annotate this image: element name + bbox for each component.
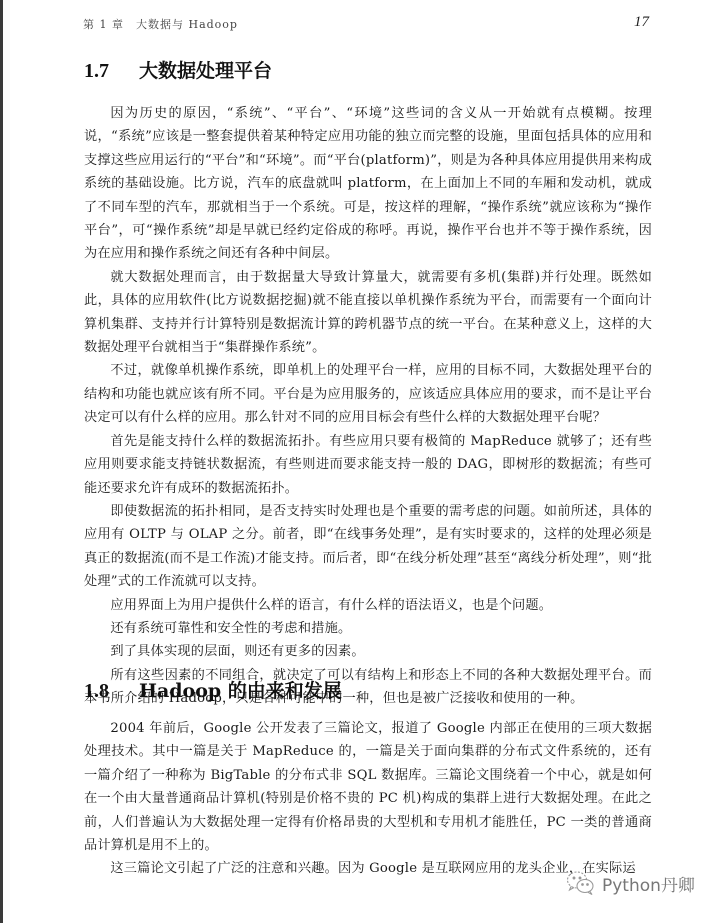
watermark: Python丹卿 [566,868,695,898]
section-heading-1-8: 1.8Hadoop 的由来和发展 [84,676,342,703]
paragraph: 应用界面上为用户提供什么样的语言，有什么样的语法语义，也是个问题。 [84,594,652,617]
paragraph: 到了具体实现的层面，则还有更多的因素。 [84,640,652,663]
section-body-1-7: 因为历史的原因，“系统”、“平台”、“环境”这些词的含义从一开始就有点模糊。按理… [84,102,652,711]
section-number: 1.8 [84,680,139,703]
paragraph: 首先是能支持什么样的数据流拓扑。有些应用只要有极简的 MapReduce 就够了… [84,430,652,500]
section-body-1-8: 2004 年前后，Google 公开发表了三篇论文，报道了 Google 内部正… [84,717,652,881]
running-head: 第 1 章 大数据与 Hadoop 17 [83,14,649,32]
section-heading-1-7: 1.7大数据处理平台 [84,56,272,83]
wechat-icon [566,870,596,896]
section-title: 大数据处理平台 [139,60,272,82]
page-number: 17 [634,14,649,31]
section-title: Hadoop 的由来和发展 [139,680,342,702]
paragraph: 还有系统可靠性和安全性的考虑和措施。 [84,617,652,640]
page-left-edge [0,0,3,923]
paragraph: 不过，就像单机操作系统，即单机上的处理平台一样，应用的目标不同，大数据处理平台的… [84,359,652,429]
chapter-label: 第 1 章 大数据与 Hadoop [83,16,238,32]
watermark-text: Python丹卿 [602,871,695,896]
paragraph: 就大数据处理而言，由于数据量大导致计算量大，就需要有多机(集群)并行处理。既然如… [84,266,652,360]
paragraph: 因为历史的原因，“系统”、“平台”、“环境”这些词的含义从一开始就有点模糊。按理… [84,102,652,266]
paragraph: 2004 年前后，Google 公开发表了三篇论文，报道了 Google 内部正… [84,717,652,857]
section-number: 1.7 [84,60,139,83]
paragraph: 即使数据流的拓扑相同，是否支持实时处理也是个重要的需考虑的问题。如前所述，具体的… [84,500,652,594]
